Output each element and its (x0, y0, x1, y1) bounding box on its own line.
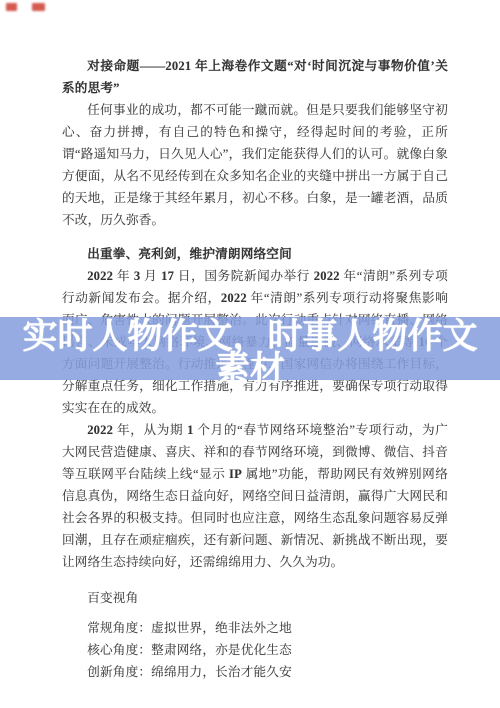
red-stamp-marks (6, 2, 66, 14)
red-stamp-icon (32, 3, 45, 11)
section-heading-qinglang: 出重拳、亮利剑，维护清朗网络空间 (62, 243, 448, 265)
angle-core: 核心角度：整肃网络，亦是优化生态 (62, 639, 448, 661)
document-page: 对接命题——2021 年上海卷作文题“对‘时间沉淀与事物价值’关系的思考” 任何… (0, 0, 500, 708)
watermark-banner: 实时人物作文，时事人物作文 素材 (0, 317, 500, 380)
watermark-text: 实时人物作文，时事人物作文 素材 (0, 320, 500, 386)
paragraph-network-ecology: 2022 年，从为期 1 个月的“春节网络环境整治”专项行动，为广大网民营造健康… (62, 419, 448, 573)
angle-regular: 常规角度：虚拟世界，绝非法外之地 (62, 617, 448, 639)
watermark-line2: 素材 (0, 353, 500, 386)
angles-section-title: 百变视角 (62, 587, 448, 609)
essay-prompt-title: 对接命题——2021 年上海卷作文题“对‘时间沉淀与事物价值’关系的思考” (62, 55, 448, 99)
paragraph-baixiang: 任何事业的成功，都不可能一蹴而就。但是只要我们能够坚守初心、奋力拼搏，有自己的特… (62, 99, 448, 231)
watermark-line1: 实时人物作文，时事人物作文 (0, 320, 500, 353)
angle-innovative: 创新角度：绵绵用力，长治才能久安 (62, 661, 448, 683)
red-stamp-icon (6, 3, 17, 11)
